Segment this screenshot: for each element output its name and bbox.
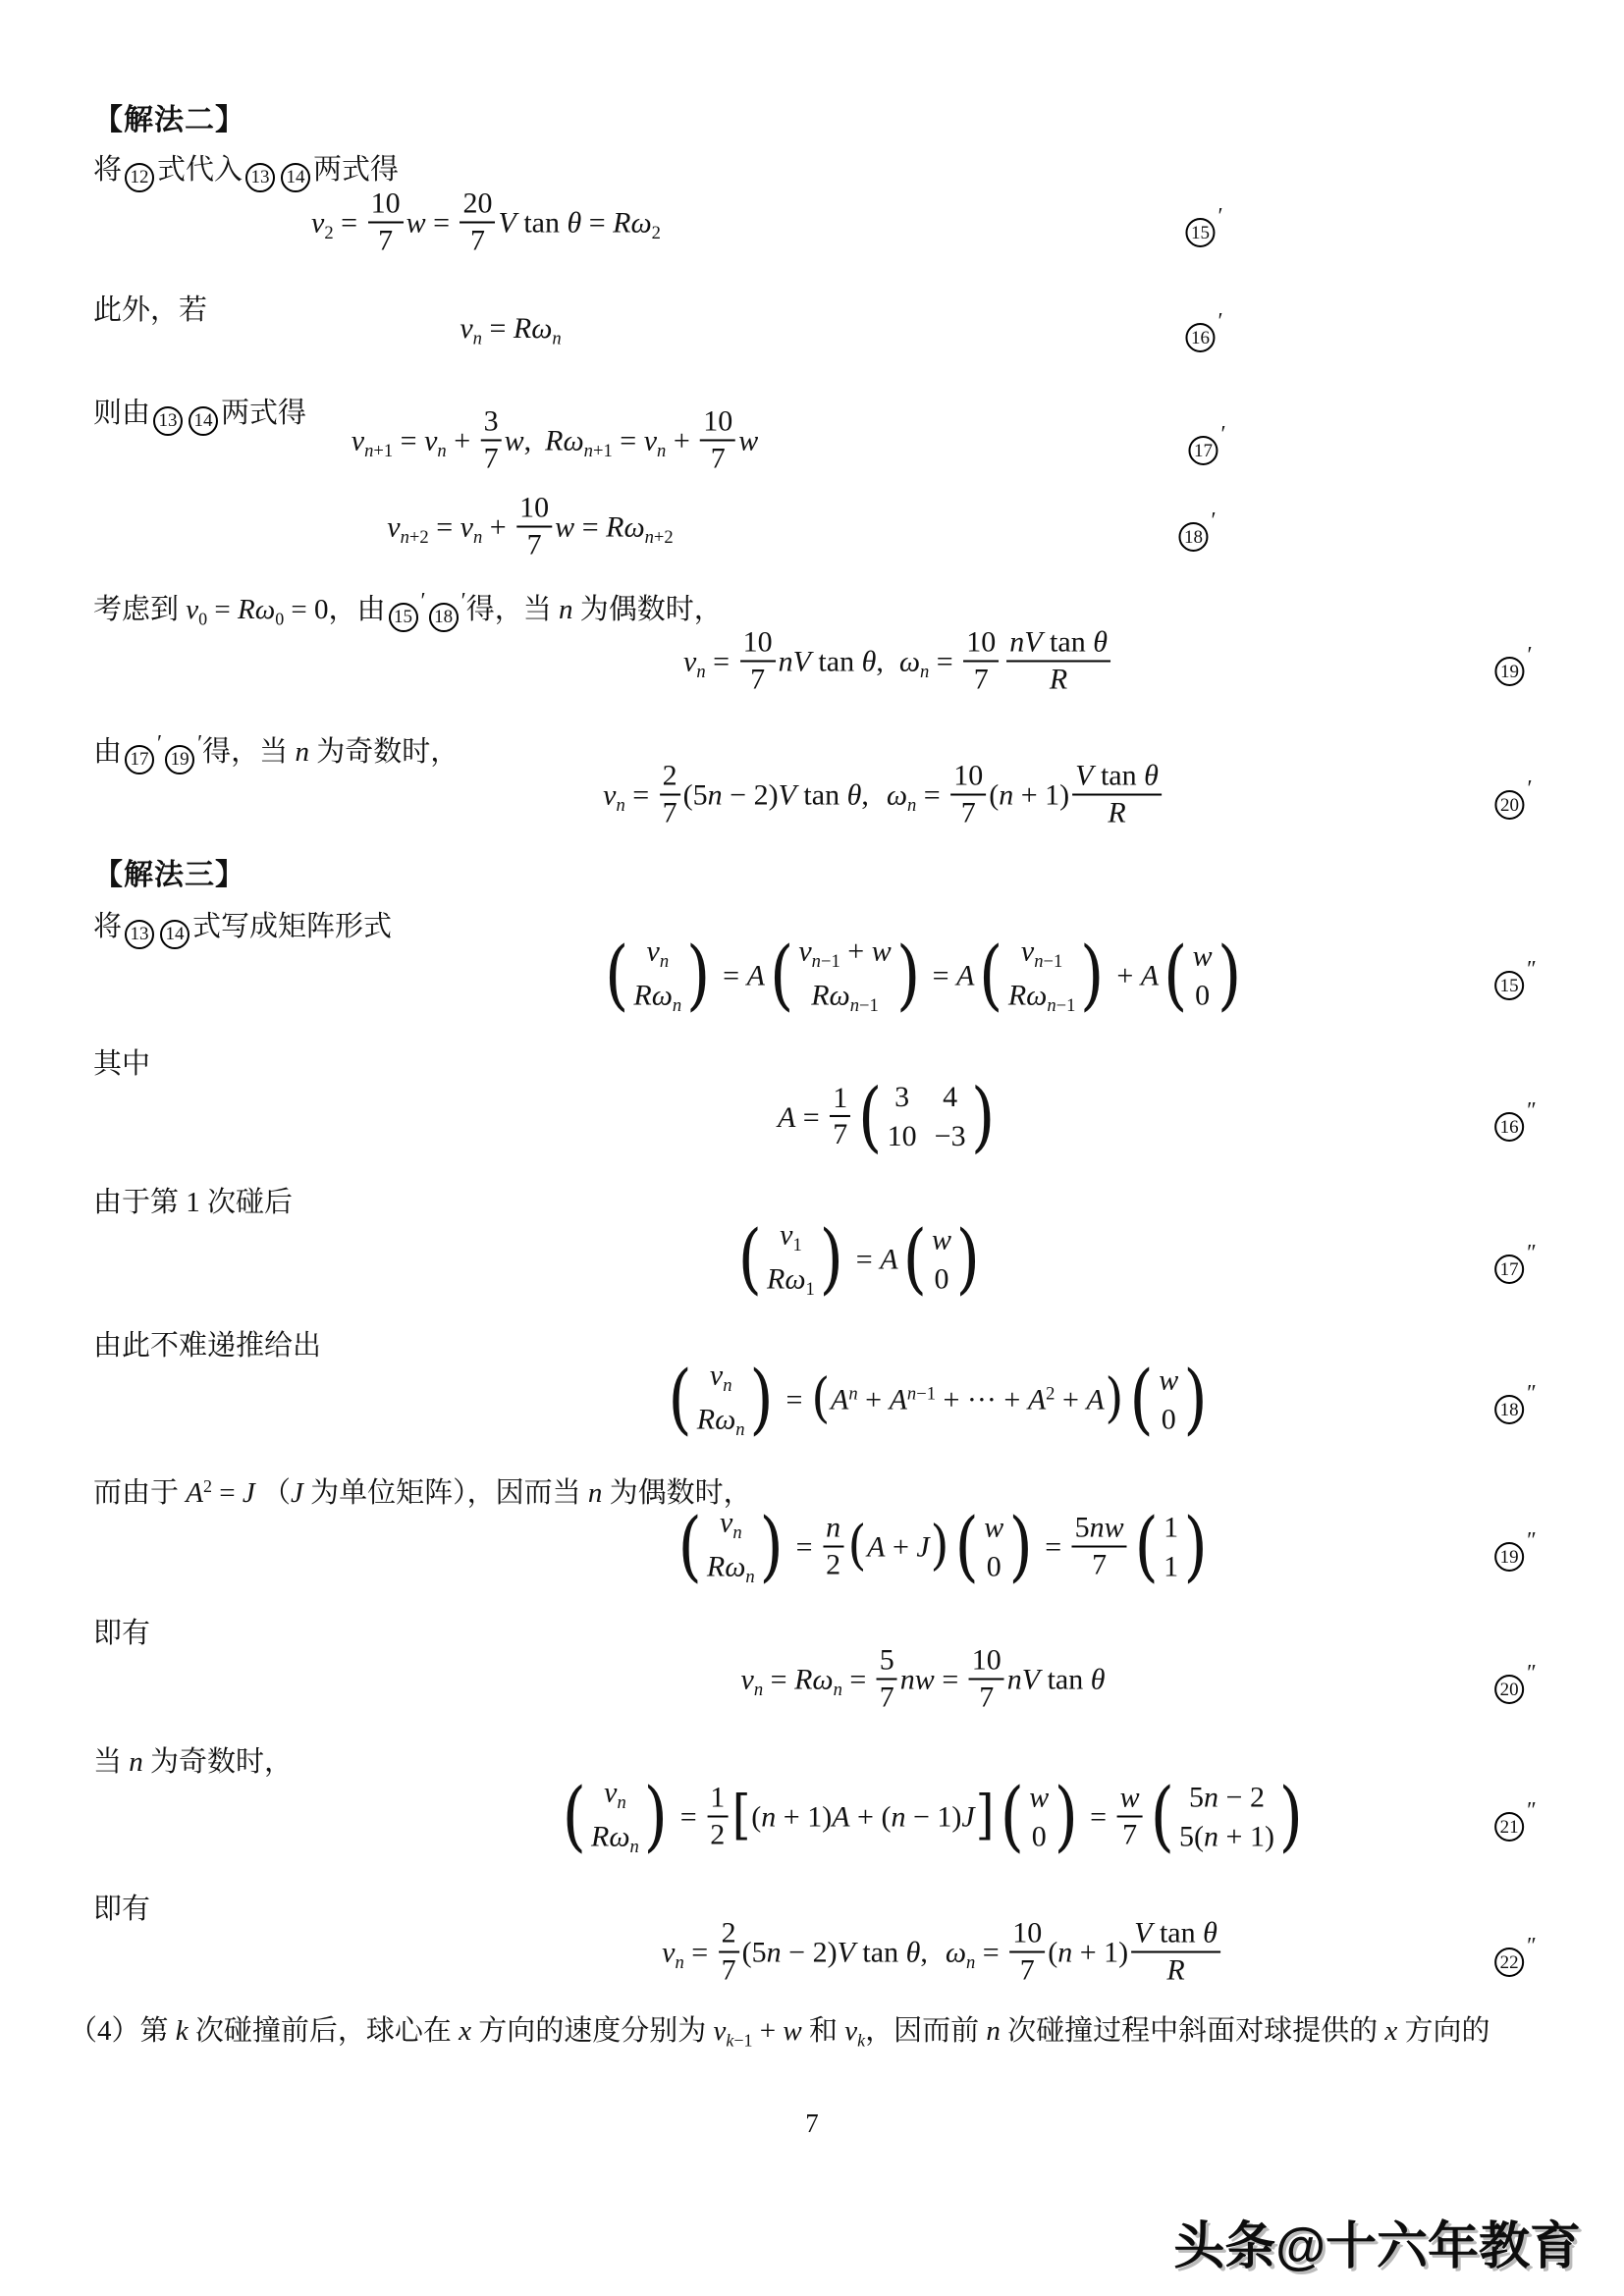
equation-18-prime: vn+2 = vn + 107w = Rωn+2: [387, 497, 673, 564]
document-page: 【解法二】 将12式代入1314两式得 v2 = 107w = 207V tan…: [0, 0, 1624, 2296]
line-where: 其中: [93, 1041, 150, 1082]
equation-number-20-prime: 20′: [1491, 776, 1532, 820]
line-from-17-19-odd: 由17′19′得，当 n 为奇数时，: [93, 729, 459, 774]
equation-19-prime: vn = 107nV tan θ,ωn = 107nV tan θR: [683, 631, 1113, 699]
paragraph-part-4: （4）第 k 次碰撞前后，球心在 x 方向的速度分别为 vk−1 + w 和 v…: [69, 2008, 1490, 2051]
equation-21-double-prime: (vnRωn) = 12[(n + 1)A + (n − 1)J](w0) = …: [558, 1780, 1309, 1861]
equation-number-18-prime: 18′: [1175, 508, 1216, 552]
equation-number-15-double-prime: 15″: [1491, 957, 1537, 1000]
watermark: 头条@十六年教育: [0, 2205, 1581, 2278]
equation-16-prime: vn = Rωn: [460, 312, 561, 350]
line-then-from-13-14: 则由1314两式得: [93, 391, 306, 436]
equation-number-15-prime: 15′: [1182, 204, 1222, 247]
equation-number-17-double-prime: 17″: [1491, 1241, 1537, 1284]
heading-solution-2: 【解法二】: [93, 95, 245, 138]
line-considering-v0: 考虑到 v0 = Rω0 = 0，由15′18′得，当 n 为偶数时，: [93, 587, 723, 632]
line-that-is-1: 即有: [93, 1611, 150, 1651]
line-after-first-collision: 由于第 1 次碰后: [93, 1180, 293, 1220]
equation-15-double-prime: (vnRωn) = A(vn−1 + wRωn−1) = A(vn−1Rωn−1…: [600, 938, 1246, 1020]
equation-number-19-double-prime: 19″: [1491, 1528, 1537, 1572]
line-substitute-12-into-13-14: 将12式代入1314两式得: [93, 147, 399, 192]
equation-number-20-double-prime: 20″: [1491, 1661, 1537, 1704]
equation-17-double-prime: (v1Rω1) = A(w0): [733, 1222, 986, 1304]
equation-number-19-prime: 19′: [1491, 643, 1532, 686]
equation-number-16-prime: 16′: [1182, 309, 1222, 352]
equation-number-16-double-prime: 16″: [1491, 1098, 1537, 1142]
line-recursion: 由此不难递推给出: [93, 1323, 321, 1363]
equation-19-double-prime: (vnRωn) = n2(A + J)(w0) = 5nw7(11): [673, 1510, 1212, 1591]
line-besides-if: 此外，若: [93, 288, 207, 328]
equation-number-17-prime: 17′: [1185, 422, 1225, 465]
line-when-n-odd: 当 n 为奇数时，: [93, 1739, 293, 1780]
equation-15-prime: v2 = 107w = 207V tan θ = Rω2: [311, 192, 661, 260]
equation-16-double-prime: A = 17(3410−3): [778, 1084, 1000, 1156]
equation-18-double-prime: (vnRωn) = (An + An−1 + ··· + A2 + A)(w0): [663, 1362, 1212, 1444]
equation-number-21-double-prime: 21″: [1491, 1798, 1537, 1842]
equation-20-double-prime: vn = Rωn = 57nw = 107nV tan θ: [741, 1649, 1106, 1717]
equation-number-22-double-prime: 22″: [1491, 1934, 1537, 1977]
heading-solution-3: 【解法三】: [93, 850, 245, 893]
line-since-a-squared: 而由于 A2 = J （J 为单位矩阵），因而当 n 为偶数时，: [93, 1470, 752, 1511]
line-that-is-2: 即有: [93, 1887, 150, 1927]
line-write-matrix-form: 将1314式写成矩阵形式: [93, 904, 392, 949]
equation-22-double-prime: vn = 27(5n − 2)V tan θ,ωn = 107(n + 1)V …: [662, 1922, 1223, 1990]
equation-number-18-double-prime: 18″: [1491, 1381, 1537, 1424]
equation-20-prime: vn = 27(5n − 2)V tan θ,ωn = 107(n + 1)V …: [603, 765, 1164, 832]
equation-17-prime: vn+1 = vn + 37w,Rωn+1 = vn + 107w: [352, 410, 759, 478]
page-number: 7: [0, 2109, 1624, 2139]
